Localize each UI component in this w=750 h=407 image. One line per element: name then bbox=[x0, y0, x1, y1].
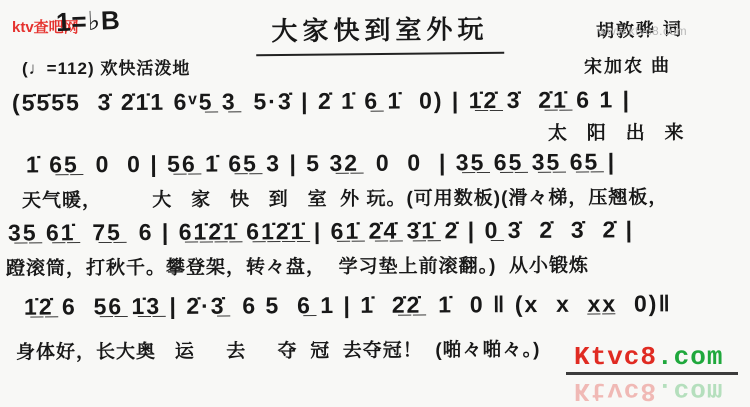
key-signature: 1=♭B bbox=[55, 5, 121, 38]
site-logo-red-text: Ktvc8 bbox=[574, 342, 657, 372]
notation-line-3: 3̲5̲ 6̲1̲̇ 7̲5̲ 6 | 6̲1̲̇2̲̇1̲̇ 6̲1̲̇2̲̇… bbox=[8, 216, 634, 246]
lyrics-line-4: 身体好，长大奥 运 去 夺 冠 去夺冠！ (啪々啪々。) bbox=[16, 335, 541, 365]
notation-line-1: (5̇5̇5̇5 3̇ 2̇1̇1 6ᵛ5̲ 3̲ 5·3̇ | 2̇ 1̇ 6… bbox=[12, 86, 631, 116]
site-logo-reflection: Ktvc8.com bbox=[574, 376, 723, 406]
composer-credit: 宋加农 曲 bbox=[584, 51, 671, 79]
notation-line-2: 1̇ 6̲5̲ 0 0 | 5̲6̲ 1̇ 6̲5̲ 3 | 5 3̲2̲ 0 … bbox=[26, 148, 616, 178]
song-title: 大家快到室外玩 bbox=[256, 9, 504, 57]
notation-line-4: 1̲̇2̲̇ 6 5̲6̲ 1̲̇3̲ | 2̇·3̲̇ 6 5 6̲ 1 | … bbox=[24, 290, 672, 320]
site-logo-green-text: .com bbox=[657, 342, 723, 372]
lyrics-line-3: 蹬滚筒，打秋千。攀登架，转々盘， 学习垫上前滚翻。) 从小锻炼 bbox=[6, 250, 589, 280]
site-logo: Ktvc8.com bbox=[574, 342, 723, 372]
lyrics-line-2: 天气暖， 大 家 快 到 室 外 玩。(可用数板)(滑々梯，压翘板， bbox=[22, 182, 669, 212]
logo-underline bbox=[566, 372, 738, 375]
tempo-marking: (♩=112) 欢快活泼地 bbox=[22, 54, 190, 79]
site-watermark-credits: www.ktvc8.com bbox=[598, 24, 687, 38]
lyrics-line-1: 太 阳 出 来 bbox=[548, 118, 685, 146]
